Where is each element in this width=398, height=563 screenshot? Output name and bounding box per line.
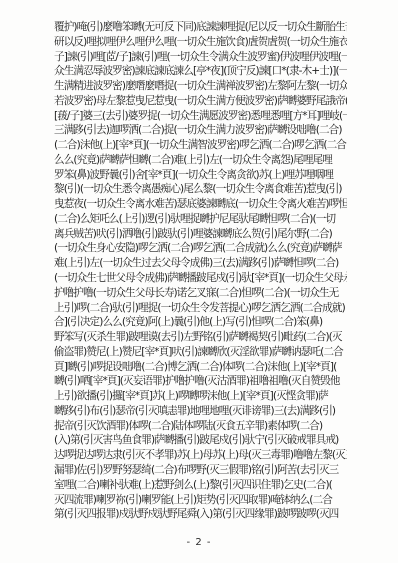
text-line: 罗笨(鼻)波野曩(引)舍[宰*頁](一切众生令离贪欲)苏(上)哩苏哩咽哩 bbox=[54, 168, 347, 183]
text-line: 第(引灭四报罪)戍驮野戍驮野尾舜(入)第(引灭四缘罪)跛啰跛啰(灭四 bbox=[54, 507, 347, 522]
text-line: 众生满忍辱波罗密)諫底諫底諫么[亭*夜](顶宁反)諫[口*(隶-木+士)](一切… bbox=[54, 64, 347, 79]
text-line: (二合)么矩吒么(上引)逻(引)驮哩捉嚩护尼尾驮尾嚩怛啰(二合)(一切 bbox=[54, 212, 347, 227]
text-line: 黎(引)(一切众生悉令离愚痴心)尾么黎(一切众生令离食难苦)惹曳(引) bbox=[54, 182, 347, 197]
text-line: 覆护)唵(引)麼噜笨嚩(无可反下同)底諫諫哩捉(尼以反一切众生斷胎生苦)拟( bbox=[54, 20, 347, 35]
sutra-page: 覆护)唵(引)麼噜笨嚩(无可反下同)底諫諫哩捉(尼以反一切众生斷胎生苦)拟( 研… bbox=[0, 0, 398, 563]
text-line: 偷盗罪)赞尼(上)赞尼[宰*頁]吠(引)諫嚩欣(灭淫欲罪)萨嚩讷瑟吒(二合 bbox=[54, 345, 347, 360]
text-line: 合](引决定)么么(究竟)阿(上)曩(引)他(上)写(引)怛啰(二合)笨(鼻) bbox=[54, 315, 347, 330]
text-line: 灭四流罪)喇罗祢(引)喇罗能(上引)矩势(引灭四取罪)唵钵纳么(二合 bbox=[54, 493, 347, 508]
text-line: 曳惹夜(一切众生令离水难苦)瑟底婆諫嚩底(一切众生令离火难苦)啰怛 bbox=[54, 197, 347, 212]
text-line: 上引)欲播(引)攞[宰*頁]苏(上)啰嚩啰沫他(上)[宰*頁](灭悭贪罪)萨 bbox=[54, 389, 347, 404]
text-line: 子]諫(引)哩[茝/子]諫(引)哩(一切众生令满众生波罗蜜)伊波哩伊波哩(一切 bbox=[54, 50, 347, 65]
text-line: 野笨写(灭杀生罪)跛哩谟(去引)左野铭(引)萨嚩褐契(引)毗药(二合)(灭 bbox=[54, 330, 347, 345]
text-line: 三满跢(引去)迦啰洒(二合)捉(一切众生满力波罗密)萨嚩设咄噜(二合) bbox=[54, 123, 347, 138]
page-number: - 2 - bbox=[0, 537, 398, 548]
text-line: 頁]嚩(引)啰捉设咄噜(二合)博乞洒(二合)体啰(二合)沫他(上)[宰*頁]( bbox=[54, 360, 347, 375]
text-line: 上引)啰(二合)驮(引)哩捉(一切众生令发菩提心)啰乞洒乞洒(二合成就) bbox=[54, 301, 347, 316]
text-line: 嚩跢(引)布(引)瑟帝(引灭嗔恚罪)地哩地哩(灭诽谤罪)三(去)满跢(引) bbox=[54, 404, 347, 419]
text-line: [菝/子]婆三(去引)婆罗捉(一切众生满愿波罗密)悉哩悉哩[方*耳]哩岐(一切 bbox=[54, 109, 347, 124]
text-line: 护噜护噜(一切众生父母长寿)诺乞叉寐(二合)怛啰(二合)(一切众生无 bbox=[54, 286, 347, 301]
text-line: 难(上引)左(一切众生过去父母令成佛)三(去)满跢(引)萨嚩怛啰(二合) bbox=[54, 256, 347, 271]
text-line: 研以反)哩拟哩伊么哩伊么哩(一切众生施饮食)虘贺虘贺(一切众生施衣服)[菝/ bbox=[54, 35, 347, 50]
text-line: (一切众生身心安隐)啰乞洒(二合)啰乞洒(二合成就)么么(究竟)萨嚩萨 bbox=[54, 241, 347, 256]
text-line: 离兵贼苦)吠(引)洒噜(引)跛驮(引)哩婆諫嚩底么贺(引)尾尔野(二合) bbox=[54, 227, 347, 242]
text-line: 么么(究竟)萨嚩萨怛嚩(二合)难(上引)左(一切众生令离怨)尾哩尾哩 bbox=[54, 153, 347, 168]
text-line: (一切众生七世父母令成佛)萨嚩播跛尾戍(引)驮[宰*頁](一切众生父母永 bbox=[54, 271, 347, 286]
text-line: 抳帝(引灭饮酒罪)体啰(二合)陆体啰陆(灭食五辛罪)素体啰(二合) bbox=[54, 419, 347, 434]
text-line: 嚩(引)哂[宰*頁](灭妄语罪)护噜护噜(灭沽酒罪)祖噜祖噜(灭自赞毁他 bbox=[54, 374, 347, 389]
text-line: 若波罗密)母左黎惹曳尼惹曳(一切众生满方便波罗密)萨嚩婆野尾誐帝(一切众 bbox=[54, 94, 347, 109]
text-line: 漏罪)佐(引)罗野努瑟绮(二合)布啰野(灭三假罪)铭(引)阿苦(去引灭三 bbox=[54, 463, 347, 478]
text-line: 室哩(二合)喇补驮难(上)惹野剑么(上)黎(引灭四识住罪)乞史(二合)( bbox=[54, 478, 347, 493]
text-line: 生满精进波罗密)麼噆麼噆捉(一切众生满禅波罗密)左黎阿左黎(一切众生满般 bbox=[54, 79, 347, 94]
text-line: 达啰捉达啰达隶(引灭不孝罪)苏(上)母苏(上)母(灭三毒罪)噜噜左黎(灭三 bbox=[54, 448, 347, 463]
text-line: (二合)沫他(上)[宰*頁](一切众生满智波罗密)啰乞洒(二合)啰乞洒(二合) bbox=[54, 138, 347, 153]
text-line: (入)第(引灭害鸟鱼食罪)萨嚩播(引)跛尾戍(引)驮宁(引灭破戒罪具戒) bbox=[54, 433, 347, 448]
sutra-text-block: 覆护)唵(引)麼噜笨嚩(无可反下同)底諫諫哩捉(尼以反一切众生斷胎生苦)拟( 研… bbox=[54, 20, 347, 522]
